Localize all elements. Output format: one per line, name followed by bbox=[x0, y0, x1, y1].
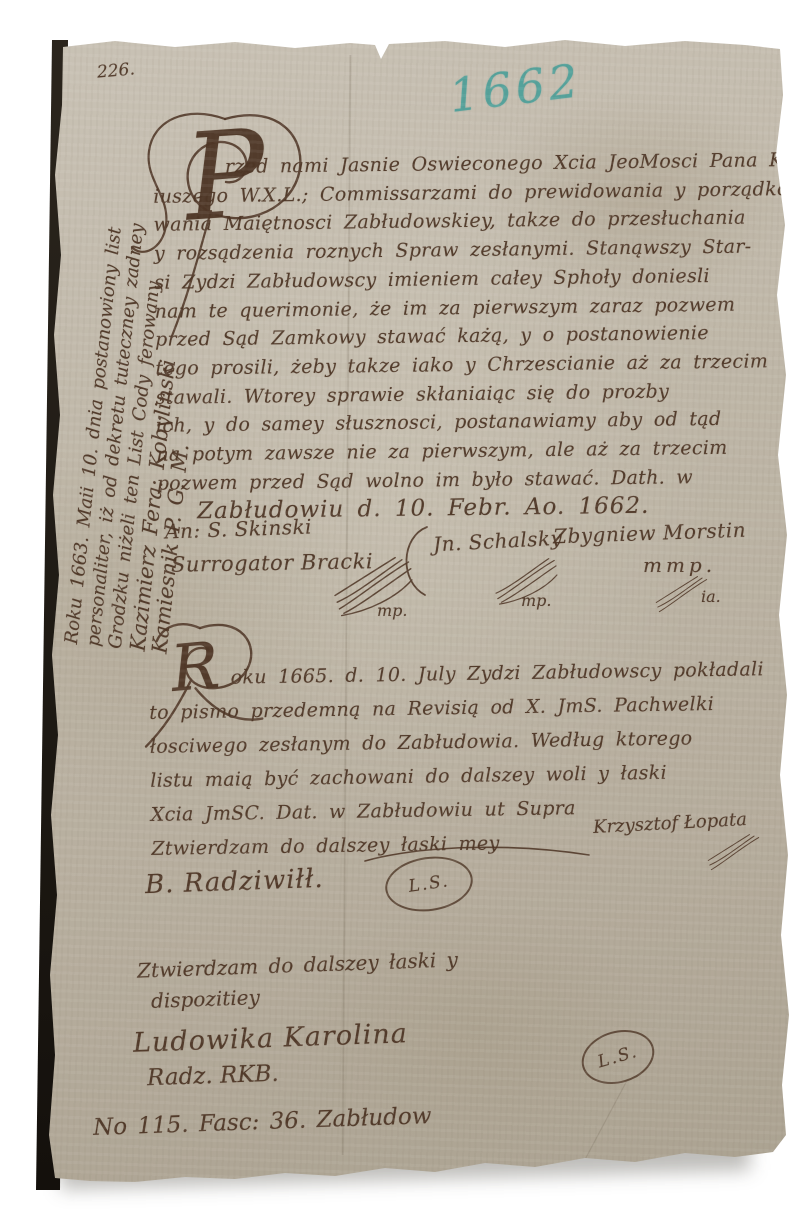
paraph-flourish-icon bbox=[707, 833, 763, 879]
folio-number: 226. bbox=[96, 59, 135, 82]
signature-name-schalsky: Jn. Schalsky bbox=[432, 526, 562, 557]
signature-ludwika-karolina: Ludowika Karolina bbox=[133, 1018, 409, 1059]
archival-fascicle-note: No 115. Fasc: 36. Zabłudow bbox=[93, 1103, 432, 1141]
paraph-label: mp. bbox=[521, 591, 552, 610]
ludwika-line-1: Ztwierdzam do dalszey łaski y bbox=[137, 947, 459, 982]
paraph-label: ia. bbox=[701, 587, 721, 606]
manuscript-page: 226. 1662 P rzed nami Jasnie Oswieconego… bbox=[45, 35, 790, 1190]
confirmation-text-block: oku 1665. d. 10. July Zydzi Zabłudowscy … bbox=[148, 652, 771, 866]
signature-ludwika-suffix: Radz. RKB. bbox=[147, 1061, 280, 1092]
decree-text-block: rzed nami Jasnie Oswieconego Xcia JeoMos… bbox=[153, 146, 778, 527]
seal-locus-sigilli: L.S. bbox=[575, 1022, 660, 1092]
paper-crease bbox=[584, 1080, 628, 1160]
signature-manu-propria: mmp. bbox=[643, 553, 716, 577]
archivist-pencil-year: 1662 bbox=[446, 53, 585, 123]
ludwika-line-2: dispozitiey bbox=[151, 985, 261, 1013]
signature-swash bbox=[397, 523, 431, 605]
signature-name-skinski: An: S. Skinski bbox=[165, 514, 313, 543]
signature-name-morstin: Zbygniew Morstin bbox=[553, 518, 747, 549]
signature-radziwill: B. Radziwiłł. bbox=[145, 864, 325, 900]
